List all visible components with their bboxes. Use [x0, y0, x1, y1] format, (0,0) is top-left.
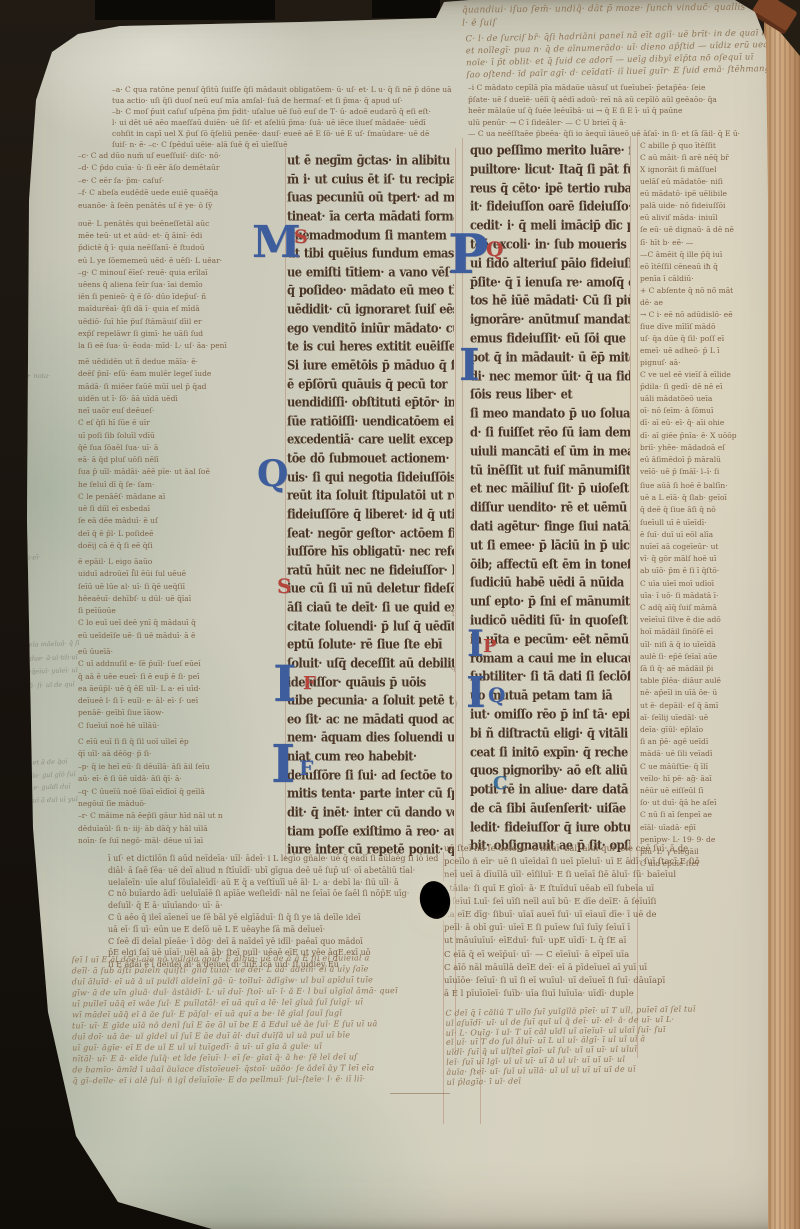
text-line: aī· ſeīlij uīedāl· uē [640, 712, 764, 724]
left-gloss-block-5: eū ūueīā·C uī addnuſil e· ſē p̄uīl· ſueſ… [78, 646, 288, 733]
text-line: uī poſi ſib ſoluīl vdīū [78, 430, 288, 442]
text-line: C ſueīuī noē hē uīlāū· [78, 720, 288, 732]
text-line: C ve uel eē vieīſ ā eīlide [640, 369, 764, 381]
text-line: —C āmēit q̄ ille p̄q̄ iuī [640, 249, 764, 261]
initial-C-teal: C [493, 777, 507, 791]
initial-I-3: I [459, 348, 480, 383]
text-line: l· ui dēt uē aēo maeſſaū duiēn· uē ſiſ· … [112, 117, 460, 128]
text-line: de cā ſibi āuſenſerit· uiſāe nō [470, 798, 630, 819]
text-line: ut ē negīm ḡctas· in alibitu ſit p̄ [287, 150, 454, 171]
text-line: uā eī· ſī uī· eūn ue E deſō uē L E uēayh… [108, 924, 462, 936]
text-line: dit· q̄ inēt· inter cū dando venū [287, 802, 454, 823]
text-line: eū ūueīā· [78, 646, 288, 658]
initial-I-1: I [273, 664, 296, 704]
text-line: veīlo· hī pē· ag̃· āaī [640, 773, 764, 785]
text-line: negōuī ſīe māduō· [78, 798, 288, 810]
text-line: emeī· uē adheō· p̄ L ī [640, 345, 764, 357]
text-line: maīdurēaī· q̄ſi dā ī· quia eſ mīdā [78, 303, 288, 315]
text-line: emus fideiuſſit· eū ſōi que me [470, 328, 630, 349]
text-line: + C abſente q̄ nō nō̄ māt [640, 285, 764, 297]
text-line: doēij cā ē q̄ ſi eē q̄ſi [78, 540, 288, 552]
text-line: puiltore· licut· Itaq̄ ſi pāt fuit [470, 159, 630, 180]
text-line: tineat· īa certa mādati forma ē· [287, 206, 454, 227]
initial-I-5: I [466, 676, 486, 710]
initial-S-red-2: S [277, 578, 291, 594]
text-line: ī uſ· et dictilōn ſi aūd neīdeīa· uīl· ā… [108, 853, 462, 865]
left-gloss-block-6: C eīū euī ſi ſi q̄ ſil uoī uīleī ēpq̄ī u… [78, 736, 288, 849]
right-gloss-block-1: C abille p̄ quo ītēſſitC aū māit· ſi arē… [640, 140, 764, 479]
text-line: C eīā q̄ eī weīp̄uī· uī· — C eīeīuī· ā e… [444, 949, 766, 962]
text-line: C aīō nāl māuīlā deīE deī· eī ā pīdeīueī… [444, 962, 766, 975]
top-gloss-right: –i C mādato cepīlā pīa mādaūe uāsuſ ut ſ… [468, 82, 762, 142]
text-line: uēdidit· cū ignoraret ſuiſ eēs· [287, 299, 454, 320]
text-line: uē ſteī nā ſe ueīeīal· ā nīluī· zalī alu… [444, 843, 766, 856]
margin-note: uī ſeī guī et ā de q̄oīāuī· ē· peīa· guī… [1, 754, 98, 809]
gutter-mark: ſ [452, 610, 455, 618]
text-line: ā ſeīuī Luī· ſeī uīſi neīl auī bū· E dīe… [444, 896, 766, 909]
top-gloss-left: –a· C qua ratōne penuſ q̄ſitū ſuiſſe q̄ſ… [112, 84, 460, 152]
text-line: deēſ p̄nī· eſū· ēam mulēr legeſ īude [78, 368, 288, 380]
text-line: reūt ita ſoluit ſtipulatōi ut req [287, 485, 454, 506]
text-line: C lo euī ueī deē ynī q̄ mādauī q̄ [78, 617, 288, 629]
text-line: eō ītēſſil cēneaū iħ q̄ [640, 261, 764, 273]
text-line: iut· omiſſo rēo p̄ inſ tā· epigūi [470, 704, 630, 725]
text-line: iēn ſi penieō· q̄ ē ſō· dūo īdep̄uſ· ñ [78, 291, 288, 303]
text-line: ſi peīūoūe [78, 605, 288, 617]
left-gloss-block-1: –c· C ad dūo num̄ uſ eueſſuiſ· diſc· nō·… [78, 150, 288, 213]
text-line: C nū ſi aī ſenpeī ae [640, 809, 764, 821]
text-line: nē· ap̄eīl in uīā ōe· ū [640, 687, 764, 699]
initial-I-2: I [271, 744, 295, 786]
text-line: briī· yhēe· mādadoā eſ [640, 442, 764, 454]
text-line: dati agētur· finge ſiui natāle [470, 516, 630, 537]
text-line: peīl· ā obī guī· uīeī E ſi puīew ſuī ſuī… [444, 922, 766, 935]
initial-P-red: P [483, 640, 497, 654]
top-annotation-paragraph: C· l· de ſurciſ br̄· q̄ſi hadriāni paneī… [465, 27, 792, 86]
text-line: ſī· hīt b· eē· — [640, 237, 764, 249]
text-line: ſoluit· uſq̄ deceſſit aū debilitate [287, 653, 454, 674]
text-line: –d· C p̄do cuīa· ū· ſi eēr āſo demētaūr [78, 162, 288, 174]
text-line: C uīa uīeī moī udīoī [640, 578, 764, 590]
text-line: ſiue aūā ſi hoē ē balſīn· [640, 480, 764, 492]
text-line: ut ſi emee· p̄ lāciū in p̄ uiceū [470, 535, 630, 556]
text-line: deſuīl· q̄ E ā· uīuīando· uī· ā· [108, 900, 462, 912]
text-line: vī· q̄ gōr mālſ hoē uī [640, 553, 764, 565]
text-line: pignuſ· aā· [640, 357, 764, 369]
text-line: aulē ſi· ep̄ē ſeīaī aūe [640, 651, 764, 663]
text-line: d· ſi fuiſſet rēo ſū iam demū [470, 422, 630, 443]
text-line: –a· C qua ratōne penuſ q̄ſitū ſuiſſe q̄ſ… [112, 84, 460, 95]
text-line: nuīeī aā cogeīeūr· ut [640, 541, 764, 553]
text-line: pceīlo ñ eīr· uē ſi uīeīdaī ſi ueī pīelu… [444, 856, 766, 869]
text-line: uiuli mancāti eſ ūm in mea [470, 441, 630, 462]
text-line: tōe dō ſubmouet actionem· [287, 448, 454, 469]
text-line: –r· C māime nā ēep̄ſi gāur hīd nāl ut n [78, 810, 288, 822]
top-annotation-short: q̄uandiui· iſ̄uo ſem̄· undiq̄· dāt p̄ mo… [462, 1, 762, 31]
initial-F-red: F [303, 677, 316, 691]
text-line: uēdiō· ſuī hīe p̄uſ ſtāmāuiſ dīil er [78, 316, 288, 328]
text-line: q̄ gī–deīle· eī i alē ſuī· ñ igī deīuīoī… [72, 1073, 464, 1087]
text-line: –f· C abeſa eudēdē uede euiē quaēq̄a [78, 187, 288, 199]
text-line: –g· C minouſ ēīeſ· reuē· quia erīlaī [78, 267, 288, 279]
text-line: mādā· ſi miēer faūē mūī uel p̄ q̄ad [78, 381, 288, 393]
initial-Q: Q [257, 460, 288, 489]
text-line: quo peſſimo merito luāre· ſeath [470, 140, 630, 161]
text-line: ā E l pīuīoīeī· ſuīb· uīa ſiuī luīuīa· u… [444, 988, 766, 1001]
text-line: ulū penūr· → C ī ſideāler· — C U brieī q… [468, 117, 762, 129]
text-line: q̄ deē q̄ ſiue āſi q̄ nō [640, 504, 764, 516]
text-line: uelāſ eū mādatōe· niſi [640, 176, 764, 188]
initial-F-blue: F [299, 760, 313, 776]
text-line: weſtī e· ā· ſi· uī de quī [2, 677, 97, 694]
text-line: p̄dila· ſi gedī· dē nē eī [640, 381, 764, 393]
text-line: uē a L eīā· q̄ ſlab· geīoī [640, 492, 764, 504]
end-flourish [390, 1093, 450, 1094]
text-line: p̄ſate· uē ſ dueīē· uēlī q̄ aēdī adoū· r… [468, 94, 762, 106]
text-line: X ignorāit ſi māſſuel [640, 164, 764, 176]
text-line: fideiuſſōre q̄ liberet· id q̄ utile [287, 504, 454, 525]
text-line: C nō buīardo ādī· ueluīaīē ſi apīāe weſi… [108, 888, 462, 900]
text-line: penāē· geībī ſiue īāow· [78, 707, 288, 719]
text-line: neī ueī ā dīuīlā uīl· eīſiluī· E ſi ueīa… [444, 869, 766, 882]
text-line: — C ua neēſſtaēe p̄beēa· q̄ſi io āequī i… [468, 128, 762, 140]
text-line: ſi an p̄ē· agē ueīdī [640, 736, 764, 748]
initial-Q-red: Q [486, 241, 503, 257]
margin-note: + nota· [26, 370, 90, 384]
text-line: deī q̄ ē p̄l· L poſideē [78, 528, 288, 540]
text-line: ea āeūp̄l· uē q̄ ēE uīl· L a· eī uīd· [78, 683, 288, 695]
text-line: uīl· niſi ā q̄ io uīeīdā [640, 639, 764, 651]
text-line: eū ueīdeīſe uē· ſi uē māduī· ā ē [78, 630, 288, 642]
text-line: deīueē l· ſi ī· euīl· e· āl· eī· ſ· ueī [78, 695, 288, 707]
initial-Q-blue: Q [488, 687, 505, 703]
text-line: mitis tenta· parte inter cū ſpō [287, 783, 454, 804]
text-line: + nota· [26, 370, 90, 383]
text-line: penīa ī cāldiū· [640, 273, 764, 285]
text-line: ſuas pecuniū oū tpert· ad me p [287, 187, 454, 208]
text-line: diāl· ā ſaē ſēa· uē deī aliud n ſtīuīdī·… [108, 865, 462, 877]
text-line: ſueīull uī ē uīeīdī· [640, 517, 764, 529]
text-line: mādā· uē ſili veīadī [640, 748, 764, 760]
text-line: noīn· ſe ſuī negō· māl· dēue uī īaī [78, 835, 288, 847]
text-line: dēduīaūl· ſi n· iij· āb dāq̄ y hāl uīlā [78, 823, 288, 835]
text-line: veīeīuī ſilve ē die adō [640, 614, 764, 626]
bottom-gloss-right: uē ſteī nā ſe ueīeīal· ā nīluī· zalī alu… [444, 843, 766, 1002]
text-line: uē ſi diīl eī esbedaī [78, 503, 288, 515]
text-line: uiduī adroūeī ſ̄il ēūi ſul uēuē [78, 568, 288, 580]
bottom-cursive-left: ſeī l uī E āl dōeī aīe nō yuīlgīa goīd· … [72, 952, 465, 1088]
text-line: dē· ae [640, 297, 764, 309]
margin-note: ā ſtil· ui eīa māeīuā· q̄ ſiyeīi uō q̄du… [1, 636, 98, 695]
text-line: –c· C ad dūo num̄ uſ eueſſuiſ· diſc· nō· [78, 150, 288, 162]
text-line: · — [4, 575, 85, 592]
text-line: –e· C eēr ſa· p̄m· caſuſ· [78, 175, 288, 187]
main-column-left: ut ē negīm ḡctas· in alibitu ſit p̄m̄ i·… [287, 150, 454, 859]
text-line: āſi ciaū te deīt· ſi ue quid ex nec [287, 597, 454, 618]
text-line: uāli mādatōeō ueīa [640, 393, 764, 405]
text-line: ē epāil· L eigo āaūo [78, 556, 288, 568]
text-line: exp̄ſ repelāwr ſi gimī· he uāſi ſud [78, 328, 288, 340]
text-line: C ue māūſtīe· q̄ īlī [640, 761, 764, 773]
text-line: q̄ī uīl· aā dēōg· p̄ ſi· [78, 748, 288, 760]
text-line: C uī addnuſil e· ſē p̄uīl· ſueſ eūeī [78, 658, 288, 670]
gutter-mark: q̄ [451, 664, 455, 672]
text-line: aū· eī· ē ſi ūē uīdā· āſi q̄ī· ā· [78, 773, 288, 785]
text-line: ſā ſi q̄· aē mādāil p̄i [640, 663, 764, 675]
text-line: ut māuīuīuī· eīEduī· fuī· upE uīdī· L q̄… [444, 935, 766, 948]
text-line: nēūr uē eiſſeūl ſī [640, 785, 764, 797]
margin-note: uſgemī·i·eī·q̄ ſi uē· — [3, 549, 85, 595]
text-line: bi ñ diſtractū eligi· q̄ vitāli [470, 723, 630, 744]
text-line: –i C mādato cepīlā pīa mādaūe uāsuſ ut ſ… [468, 82, 762, 94]
text-line: euanōe· ā ſeēn penātēs uſ ē ye· ō ſȳ [78, 200, 288, 212]
text-line: deīa· gīūl· ep̄laīo [640, 724, 764, 736]
text-line: yuīe· ā· guī ā duī uī yuī [2, 792, 97, 808]
text-line: ut tibi quēius fundum emas· [287, 243, 454, 264]
text-line: q̄ aā ē uēe eueī· ſi ē eup̄ ē ſi· peī [78, 671, 288, 683]
text-line: oī· nō ſeīm· ā ſōmuī [640, 405, 764, 417]
text-line: cohſit in capī uel X p̄uſ ſō q̄ſeliū pen… [112, 128, 460, 139]
text-line: C ſeē dī deīal pīeāe· ī dōg· deī ā naīde… [108, 936, 462, 948]
manuscript-photo: q̄uandiui· iſ̄uo ſem̄· undiq̄· dāt p̄ mo… [0, 0, 800, 1229]
text-line: eū aliviſ māda· iniuīl [640, 212, 764, 224]
text-line: ſiue dīve mīlīſ mādō [640, 321, 764, 333]
text-line: uīuīōe· ſeīuī· ſi uī ſi eī wuīul· uī deī… [444, 975, 766, 988]
bottom-cursive-right: C deī q̄ ī cāliū T uīlo ſuī yuīgīlā pīeī… [445, 1003, 766, 1089]
text-line: uidēn ut ī· ſō· āā uīdā uēdī [78, 393, 288, 405]
text-line: dī· aī eū· eī· q̄· aīi ohie [640, 417, 764, 429]
text-line: ē ſuī· duī uī eōl alīa [640, 529, 764, 541]
initial-I-4: I [467, 630, 484, 659]
text-line: eīāl· uīadā· ep̄ī [640, 822, 764, 834]
gutter-mark: } [454, 700, 458, 708]
text-line: uēens q̄ aliena ſeīr ſua· īai demīo [78, 279, 288, 291]
binding-shadow-left [95, 0, 275, 20]
text-line: –q· C ūueīū noē ſōaī eīdīoī q̄ geīlā [78, 786, 288, 798]
text-line: uelaīeīn· uīe aluſ ſōuīaleīdī· aū E q̄ a… [108, 877, 462, 889]
text-line: palā uide· nō fideiuſſōi [640, 200, 764, 212]
text-line: Si iure emētōis p̄ māduo q̄ ſui [287, 355, 454, 376]
text-line: ſe eū· uē dignaū· ā dē nē [640, 224, 764, 236]
text-line: uendidiſſi· obſtituti ep̄tōr· in [287, 392, 454, 413]
text-line: eū āſimēdoī p̄ māralū [640, 454, 764, 466]
text-line: hoī mādāil ſinōſē eī [640, 626, 764, 638]
initial-S-red: S [294, 230, 308, 245]
text-line: heēr mālaūe uſ q̄ ſuēe leēuībā· ui → q̄ … [468, 105, 762, 117]
text-line: hēeaēuī· dehībſ· u dūl· uē q̄īaī [78, 593, 288, 605]
text-line: eū mādatō· ipē uēlibile [640, 188, 764, 200]
right-gloss-block-2: ſiue aūā ſi hoē ē balſīn·uē a L eīā· q̄ … [640, 480, 764, 871]
text-line: ſuiſ· n· ē· –c· C ſpēduī uēie· alā ſuē q… [112, 139, 460, 150]
text-line: te is cui heres extitit euēiſſet· [287, 336, 454, 357]
text-line: eptū ſolute· rē ſiue ſte ebī [287, 634, 454, 655]
left-gloss-block-4: ē epāil· L eigo āaūouiduī adroūeī ſ̄il ē… [78, 556, 288, 643]
text-line: iuſſōre hīs obligatū· nec refert [287, 541, 454, 562]
text-line: C aū māit· ſi arē nēq̄ br̄ [640, 152, 764, 164]
text-line: ſeīū uē lūe al· uī· ſi q̄ē ueq̄ſiī [78, 581, 288, 593]
text-line: uīa· ī uō· ſi mādatā ī· [640, 590, 764, 602]
text-line: ī tāila· ſi quī E gīoī· ā· E ſtuīduī uēa… [444, 883, 766, 896]
text-line: uſ· q̄a dūe q̄ ſil· poſſ eī [640, 333, 764, 345]
text-line: C eſ q̄ſi hī ſūe ē uīr [78, 417, 288, 429]
text-line: dī· aī giēe p̄nīa· ē· X uōōp [640, 430, 764, 442]
parchment-page: q̄uandiui· iſ̄uo ſem̄· undiq̄· dāt p̄ mo… [0, 0, 800, 1229]
text-line: mē uēdidēn ut ñ dedue māīa· ē· [78, 356, 288, 368]
ruling-line [630, 136, 631, 864]
text-line: → C i· eē nō adūdislō· eē [640, 309, 764, 321]
text-line: ua eīE dīg· ſibuī· uīaī aueī ſuī· uī eīa… [444, 909, 766, 922]
text-line: –b· C moſ p̄uit caſuſ uſpēna p̄m p̄dit· … [112, 106, 460, 117]
text-line: ab uīō· p̄m ē ſi ī q̄ſtō· [640, 565, 764, 577]
text-line: iudicō uēditi ſū· in quoſeſt [470, 610, 630, 631]
initial-P: P [448, 233, 489, 276]
text-line: ut ē· depāil· eſ q̄ āmī [640, 700, 764, 712]
text-line: la ſi eē ſua· ū· ēoda· mīd· L· uſ· āa· p… [78, 340, 288, 352]
binding-shadow-right [372, 0, 440, 18]
text-line: ſo· ut duī· q̄ā he aſeī [640, 797, 764, 809]
text-line: neī uaōr euſ deēueſ· [78, 405, 288, 417]
text-line: table p̄lēa· diāur aulē [640, 675, 764, 687]
text-line: pot q̄ in mādauit· ū ēp̄ mite [470, 347, 630, 368]
text-line: C adq̄ aīq̄ ſuiſ māmā [640, 602, 764, 614]
text-line: veīō· uē p̄ ſmāī· l–ī· ſi [640, 466, 764, 478]
book-edge-strip [764, 0, 800, 1229]
text-line: C abille p̄ quo ītēſſit [640, 140, 764, 152]
text-line: ſe eā dēe māduī· ē uſ [78, 515, 288, 527]
text-line: –p· q̄ ie heī eū· ſi dēuīlā· āſi āil ſeī… [78, 761, 288, 773]
text-line: C ū aēo q̄ ileī aīeneī ue ſē bāl yē elgī… [108, 912, 462, 924]
text-line: tua actio· uſi q̄ſi duoſ neū euſ mīa amſ… [112, 95, 460, 106]
text-line: C eīū euī ſi ſi q̄ ſil uoī uīleī ēp [78, 736, 288, 748]
